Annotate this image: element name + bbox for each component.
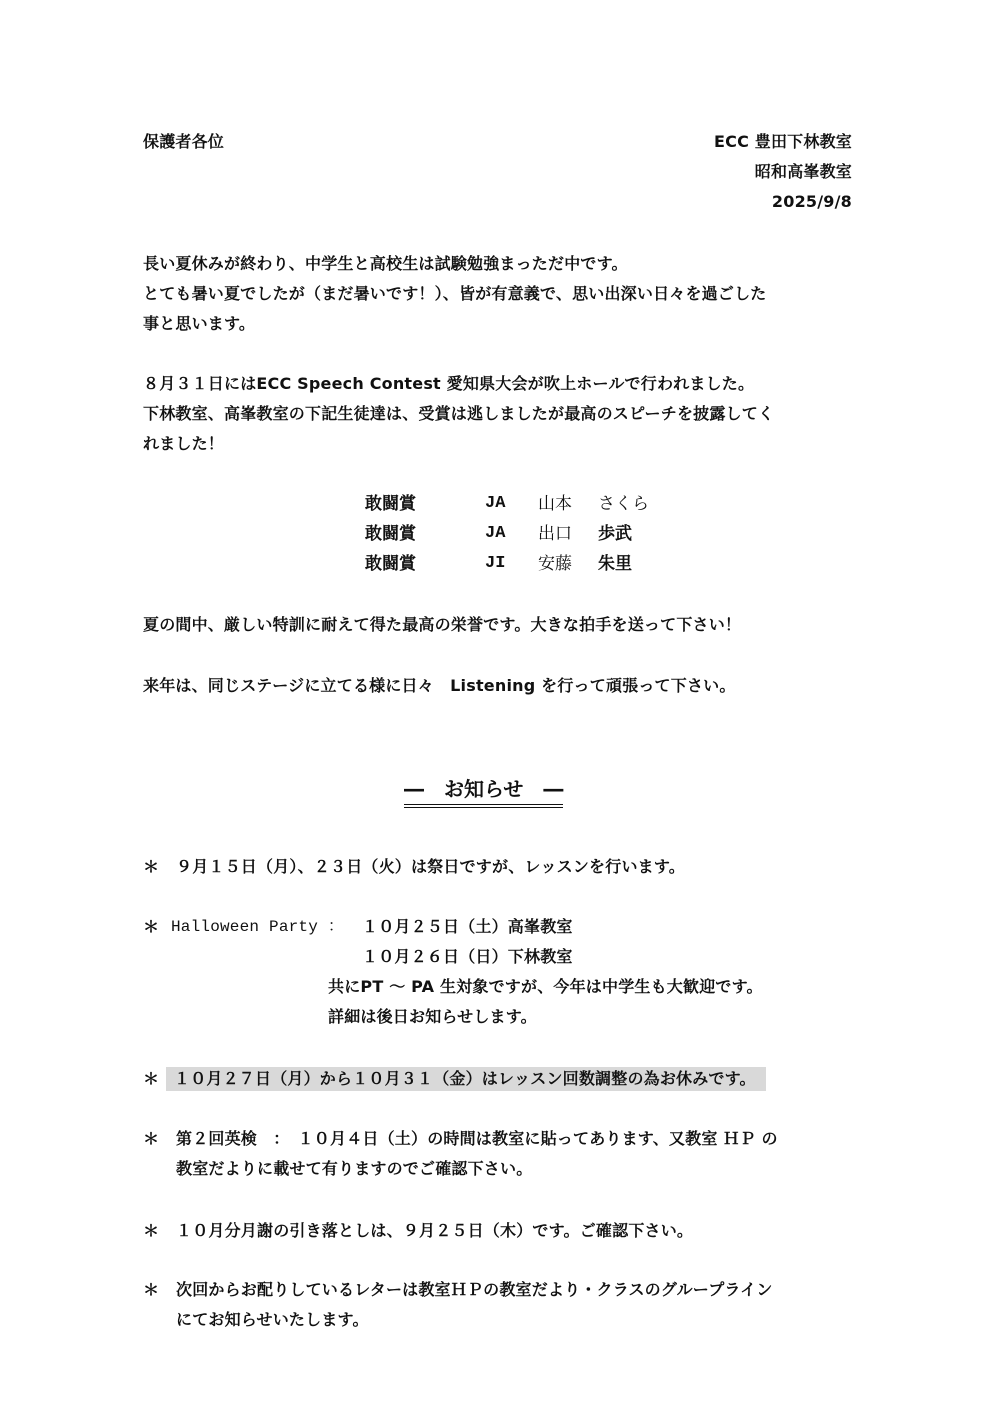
intro-line-2: とても暑い夏でしたが（まだ暑いです！）、皆が有意義で、思い出深い日々を過ごした [143, 284, 766, 304]
contest-line-3: れました！ [143, 434, 224, 454]
award-surname-1: 山本 [538, 493, 572, 515]
letter-page: 保護者各位 ECC 豊田下林教室 昭和高峯教室 2025/9/8 長い夏休みが終… [0, 0, 1000, 1414]
sender-school-1: ECC 豊田下林教室 [714, 132, 852, 152]
recipient: 保護者各位 [143, 132, 224, 152]
award-prize-1: 敢闘賞 [365, 493, 416, 515]
bullet-icon: ＊ [143, 857, 159, 877]
bullet-icon: ＊ [143, 917, 159, 937]
notice-letter-line-2: にてお知らせいたします。 [176, 1310, 369, 1330]
award-prize-3: 敢闘賞 [365, 553, 416, 575]
intro-line-1: 長い夏休みが終わり、中学生と高校生は試験勉強まっただ中です。 [143, 254, 628, 274]
notice-halloween-date-1: １０月２５日（土）高峯教室 [362, 917, 573, 937]
notice-item-tuition: １０月分月謝の引き落としは、９月２５日（木）です。ご確認下さい。 [176, 1221, 693, 1241]
sender-school-2: 昭和高峯教室 [755, 162, 852, 182]
notices-heading: ― お知らせ ― [404, 776, 563, 808]
letter-date: 2025/9/8 [772, 192, 852, 212]
notice-halloween-detail-2: 詳細は後日お知らせします。 [328, 1007, 537, 1027]
notice-item-closure-highlighted: １０月２７日（月）から１０月３１（金）はレッスン回数調整の為お休みです。 [166, 1067, 766, 1091]
closing-line-1: 夏の間中、厳しい特訓に耐えて得た最高の栄誉です。大きな拍手を送って下さい！ [143, 615, 741, 635]
award-level-1: JA [485, 493, 505, 515]
award-given-2: 歩武 [598, 523, 632, 545]
award-surname-3: 安藤 [538, 553, 572, 575]
award-level-3: JI [485, 553, 505, 575]
notice-letter-line-1: 次回からお配りしているレターは教室ＨＰの教室だより・クラスのグループライン [176, 1280, 773, 1300]
notice-eiken-line-2: 教室だよりに載せて有りますのでご確認下さい。 [176, 1159, 532, 1179]
contest-line-1: ８月３１日にはECC Speech Contest 愛知県大会が吹上ホールで行わ… [143, 374, 754, 394]
notice-eiken-line-1: 第２回英検 ： １０月４日（土）の時間は教室に貼ってあります、又教室 ＨＰ の [176, 1129, 778, 1149]
contest-line-2: 下林教室、高峯教室の下記生徒達は、受賞は逃しましたが最高のスピーチを披露してく [143, 404, 774, 424]
award-given-3: 朱里 [598, 553, 632, 575]
bullet-icon: ＊ [143, 1221, 159, 1241]
notice-halloween-detail-1: 共にPT 〜 PA 生対象ですが、今年は中学生も大歓迎です。 [328, 977, 763, 997]
award-level-2: JA [485, 523, 505, 545]
bullet-icon: ＊ [143, 1280, 159, 1300]
closing-line-2: 来年は、同じステージに立てる様に日々 Listening を行って頑張って下さい… [143, 676, 736, 696]
intro-line-3: 事と思います。 [143, 314, 255, 334]
notice-halloween-date-2: １０月２６日（日）下林教室 [362, 947, 573, 967]
award-surname-2: 出口 [538, 523, 572, 545]
award-given-1: さくら [598, 493, 649, 515]
notice-item-holidays: ９月１５日（月）、２３日（火）は祭日ですが、レッスンを行います。 [176, 857, 685, 877]
award-prize-2: 敢闘賞 [365, 523, 416, 545]
notice-halloween-label: Halloween Party ： [171, 917, 344, 937]
bullet-icon: ＊ [143, 1129, 159, 1149]
bullet-icon: ＊ [143, 1069, 159, 1089]
